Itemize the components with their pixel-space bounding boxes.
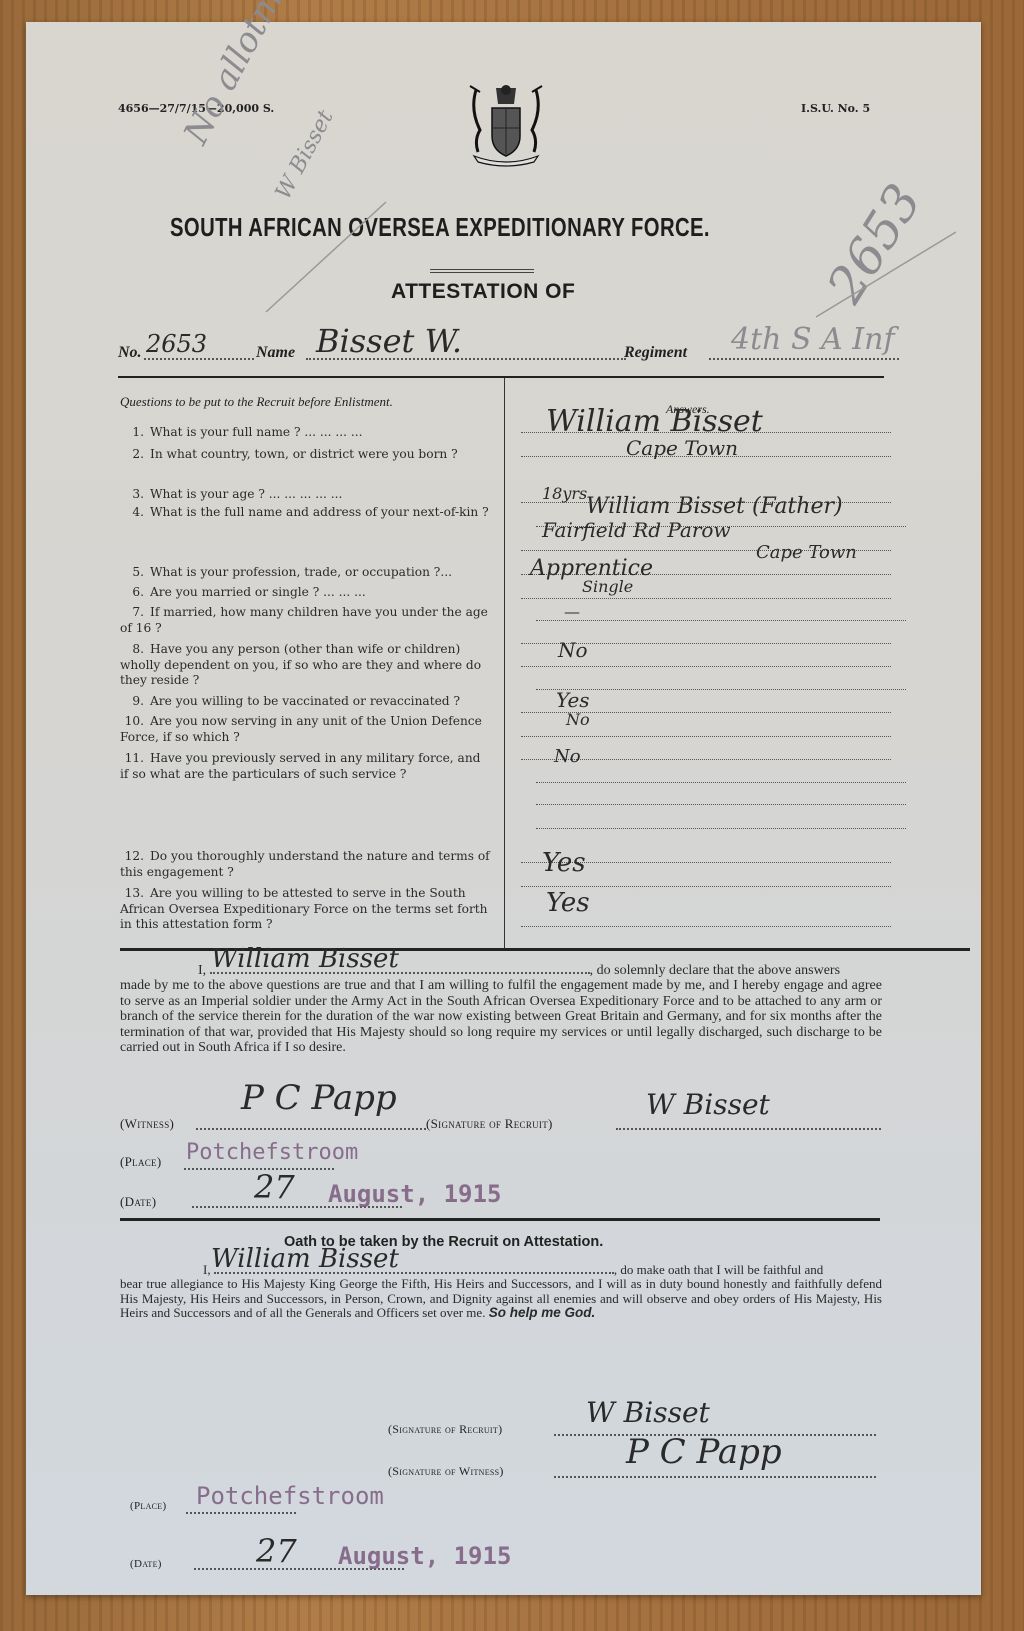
identity-rule: [118, 376, 884, 378]
pencil-strike-lines: [256, 192, 956, 322]
question-1: 1.What is your full name ? ... ... ... .…: [120, 425, 490, 447]
oath-place-label: (Place): [130, 1500, 166, 1512]
answer-line: [536, 620, 906, 621]
question-4: 4.What is the full name and address of y…: [120, 505, 490, 565]
declaration-name[interactable]: William Bisset: [211, 944, 399, 974]
answer-2[interactable]: Cape Town: [626, 436, 738, 460]
answer-line: [521, 886, 891, 887]
recruit-signature[interactable]: W Bisset: [646, 1088, 770, 1121]
no-label: No.: [118, 344, 142, 362]
answer-4-line2[interactable]: Fairfield Rd Parow: [542, 518, 731, 542]
answer-line: [536, 804, 906, 805]
question-6: 6.Are you married or single ? ... ... ..…: [120, 585, 490, 605]
answer-4-line3[interactable]: Cape Town: [756, 542, 857, 563]
question-2: 2.In what country, town, or district wer…: [120, 447, 490, 487]
declaration-bottom-rule: [120, 1218, 880, 1221]
answer-13[interactable]: Yes: [546, 888, 590, 918]
name-label: Name: [256, 344, 295, 362]
answer-7[interactable]: —: [564, 602, 580, 621]
place-label: (Place): [120, 1154, 162, 1170]
oath-witness-sig-dots: [554, 1476, 876, 1478]
answer-11[interactable]: No: [554, 746, 581, 767]
coat-of-arms-icon: [456, 80, 556, 168]
answer-line: [536, 828, 906, 829]
regiment-dots: [709, 358, 899, 360]
oath-place-stamp: Potchefstroom: [196, 1482, 384, 1510]
oath-place-dots: [186, 1512, 296, 1514]
declaration-block: I, , do solemnly declare that the above …: [120, 962, 882, 1055]
question-8: 8.Have you any person (other than wife o…: [120, 642, 490, 694]
question-9: 9.Are you willing to be vaccinated or re…: [120, 694, 490, 714]
oath-witness-sig-label: (Signature of Witness): [388, 1464, 504, 1479]
answer-line: [521, 666, 891, 667]
oath-prefix: I,: [203, 1262, 211, 1277]
answer-10[interactable]: No: [566, 710, 590, 729]
declaration-prefix: I,: [198, 963, 206, 978]
recruit-signature-dots: [616, 1128, 881, 1130]
oath-name[interactable]: William Bisset: [211, 1244, 399, 1274]
name-value: Bisset W.: [316, 322, 462, 360]
date-day[interactable]: 27: [254, 1168, 295, 1206]
pencil-allotment-note: No allotment: [176, 0, 317, 151]
declaration-text: made by me to the above questions are tr…: [120, 978, 882, 1055]
oath-recruit-signature[interactable]: W Bisset: [586, 1396, 710, 1429]
answer-1[interactable]: William Bisset: [546, 404, 763, 439]
no-value: 2653: [146, 330, 207, 358]
column-divider: [504, 378, 505, 948]
answer-12[interactable]: Yes: [542, 848, 586, 878]
question-10: 10.Are you now serving in any unit of th…: [120, 714, 490, 751]
oath-date-day[interactable]: 27: [256, 1532, 297, 1570]
answer-line: [521, 736, 891, 737]
answer-3[interactable]: 18yrs: [542, 484, 587, 503]
answer-4-line1[interactable]: William Bisset (Father): [586, 494, 843, 519]
regiment-value: 4th S A Inf: [731, 322, 895, 357]
no-dots: [144, 358, 254, 360]
answer-8[interactable]: No: [558, 638, 588, 662]
question-5: 5.What is your profession, trade, or occ…: [120, 565, 490, 585]
witness-signature[interactable]: P C Papp: [241, 1078, 397, 1118]
attestation-form: 4656—27/7/15—20,000 S. I.S.U. No. 5 SOUT…: [26, 22, 981, 1595]
oath-date-stamp: August, 1915: [338, 1542, 511, 1570]
question-3: 3.What is your age ? ... ... ... ... ...: [120, 487, 490, 505]
regiment-label: Regiment: [624, 344, 687, 362]
answer-6[interactable]: Single: [582, 577, 633, 596]
question-11: 11.Have you previously served in any mil…: [120, 751, 490, 849]
pencil-initials: W Bisset: [271, 106, 339, 204]
witness-dots: [196, 1128, 426, 1130]
declaration-text-first: , do solemnly declare that the above ans…: [590, 963, 840, 978]
answer-line: [536, 782, 906, 783]
questions-header: Questions to be put to the Recruit befor…: [120, 394, 393, 410]
witness-label: (Witness): [120, 1116, 174, 1132]
form-id: I.S.U. No. 5: [801, 102, 870, 115]
oath-date-label: (Date): [130, 1558, 162, 1570]
oath-witness-signature[interactable]: P C Papp: [626, 1432, 782, 1472]
answer-line: [521, 598, 891, 599]
question-list: 1.What is your full name ? ... ... ... .…: [120, 425, 490, 938]
date-stamp: August, 1915: [328, 1180, 501, 1208]
oath-closing: So help me God.: [489, 1305, 596, 1320]
answer-9[interactable]: Yes: [556, 688, 590, 712]
question-12: 12.Do you thoroughly understand the natu…: [120, 849, 490, 886]
question-13: 13.Are you willing to be attested to ser…: [120, 886, 490, 938]
oath-text-first: , do make oath that I will be faithful a…: [614, 1262, 823, 1277]
place-stamp: Potchefstroom: [186, 1140, 358, 1165]
answer-line: [521, 926, 891, 927]
question-7: 7.If married, how many children have you…: [120, 605, 490, 642]
recruit-signature-label: (Signature of Recruit): [426, 1116, 553, 1132]
answer-line: [536, 689, 906, 690]
oath-recruit-sig-label: (Signature of Recruit): [388, 1422, 502, 1437]
date-label: (Date): [120, 1194, 156, 1210]
